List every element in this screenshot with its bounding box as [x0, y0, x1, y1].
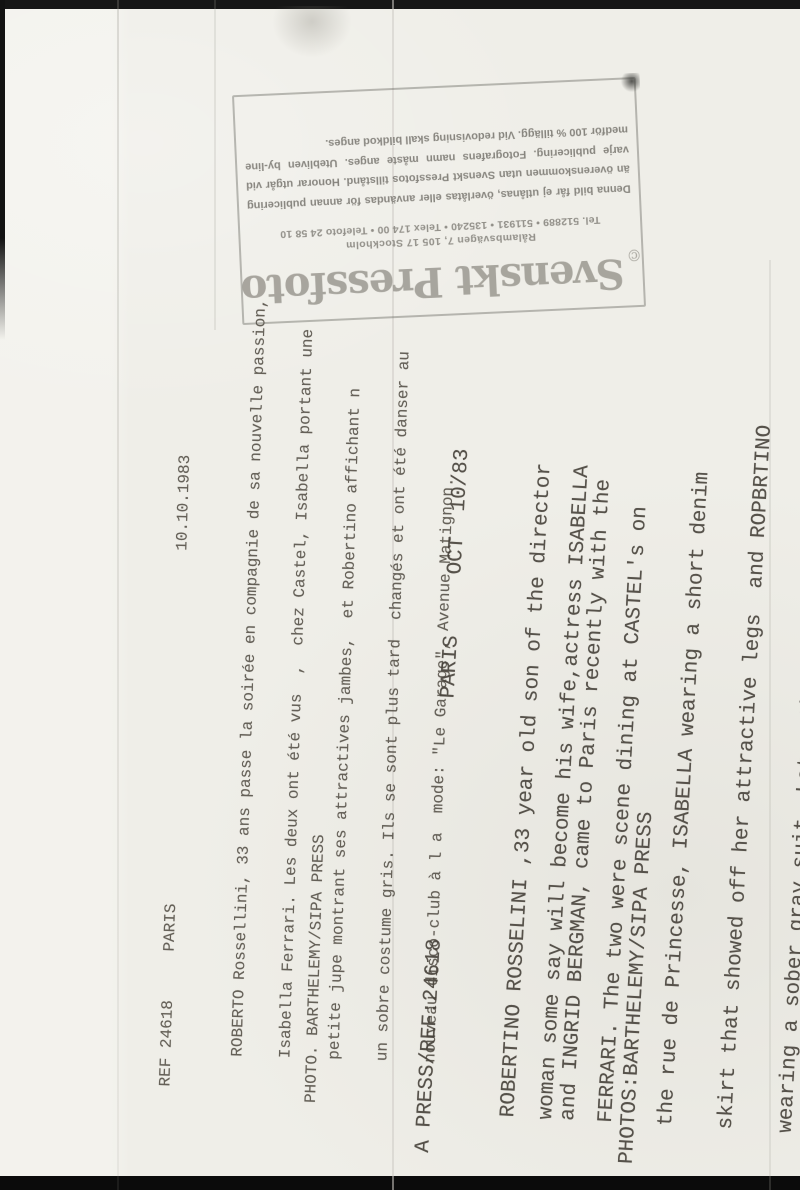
ref-number: REF 24618 — [156, 1000, 177, 1087]
scan-edge-top — [0, 0, 800, 9]
french-caption: REF 24618 PARIS 10.10.1983 ROBERTO Rosse… — [150, 298, 365, 1104]
caption-line: un sobre costume gris. Ils se sont plus … — [376, 303, 412, 1062]
terms-line: Denna bild får ej utlånas, överlåtas ell… — [346, 182, 631, 207]
city-label: PARIS — [161, 903, 180, 952]
stamp-ink-blot — [619, 73, 640, 94]
caption-line: skirt that showed off her attractive leg… — [720, 387, 775, 1130]
caption-line: woman some say will become his wife,actr… — [540, 377, 595, 1120]
caption-line: ROBERTO Rossellini, 33 ans passe la soir… — [231, 298, 267, 1057]
press-photo-back: ©Svenskt Pressfoto Rålambsvägen 7, 105 1… — [0, 0, 800, 1190]
copyright-icon: © — [626, 233, 643, 277]
caption-line: the rue de Princesse, ISABELLA wearing a… — [660, 383, 715, 1126]
caption-line: wearing a sober gray suit. Later they bo… — [780, 390, 800, 1133]
fold-crease — [214, 0, 216, 330]
ink-smudge — [272, 6, 352, 58]
caption-line: petite jupe montrant ses attractives jam… — [328, 301, 364, 1060]
caption-paragraph: woman some say will become his wife,actr… — [494, 374, 800, 1146]
english-caption: A PRESS/REF:24618 PARIS OCT 10/83 ROBERT… — [412, 343, 697, 1165]
scan-edge-bottom — [0, 1176, 800, 1190]
scan-edge-left — [0, 0, 5, 340]
stamp-terms: Denna bild får ej utlånas, överlåtas ell… — [244, 119, 631, 214]
fold-crease — [117, 0, 119, 1190]
agency-stamp: ©Svenskt Pressfoto Rålambsvägen 7, 105 1… — [232, 77, 646, 325]
date-label: 10.10.1983 — [173, 454, 194, 551]
city-label: PARIS — [437, 635, 463, 699]
